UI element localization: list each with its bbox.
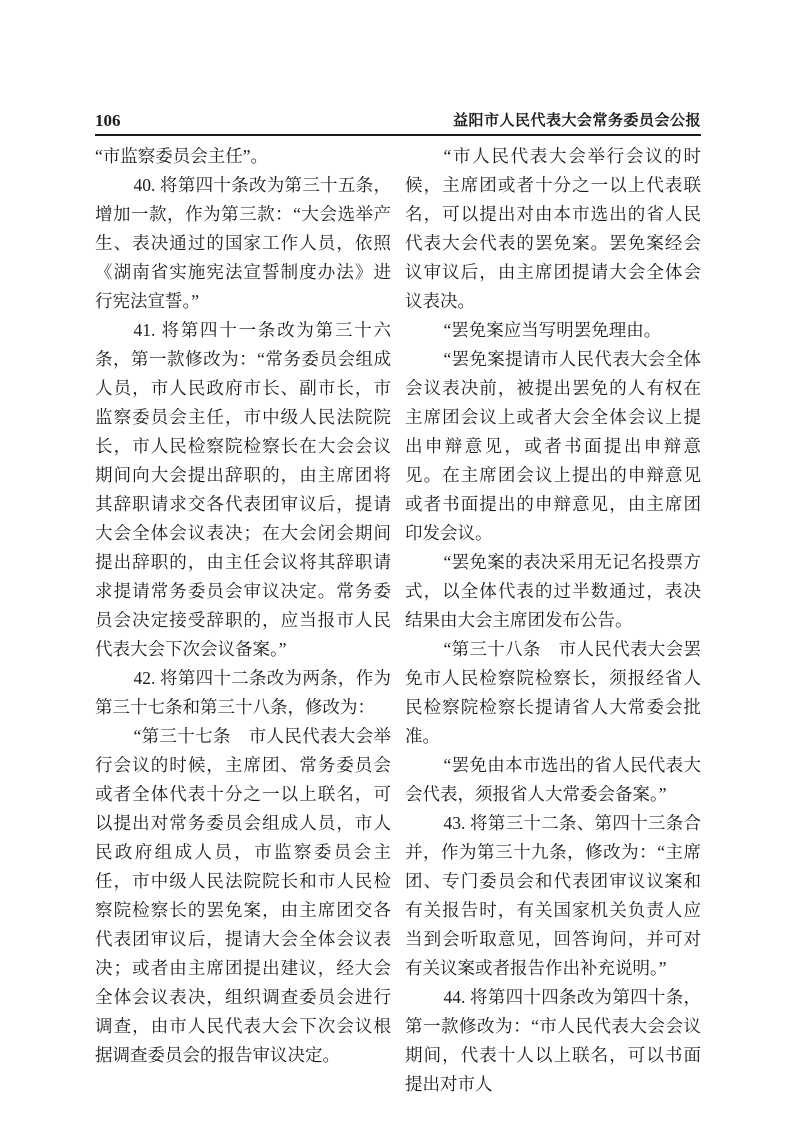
paragraph: “第三十七条 市人民代表大会举行会议的时候，主席团、常务委员会或者全体代表十分之… [95,722,391,1070]
paragraph: “市监察委员会主任”。 [95,142,391,171]
paragraph: 40. 将第四十条改为第三十五条，增加一款，作为第三款：“大会选举产生、表决通过… [95,171,391,316]
paragraph: 41. 将第四十一条改为第三十六条，第一款修改为：“常务委员会组成人员，市人民政… [95,316,391,664]
paragraph: “市人民代表大会举行会议的时候，主席团或者十分之一以上代表联名，可以提出对由本市… [405,142,701,316]
paragraph: “第三十八条 市人民代表大会罢免市人民检察院检察长，须报经省人民检察院检察长提请… [405,635,701,751]
page-header: 106 益阳市人民代表大会常务委员会公报 [95,110,701,132]
header-rule [95,134,701,136]
paragraph: 43. 将第三十二条、第四十三条合并，作为第三十九条，修改为：“主席团、专门委员… [405,809,701,983]
paragraph: “罢免案应当写明罢免理由。 [405,316,701,345]
right-column: “市人民代表大会举行会议的时候，主席团或者十分之一以上代表联名，可以提出对由本市… [405,142,701,1099]
paragraph: 42. 将第四十二条改为两条，作为第三十七条和第三十八条，修改为： [95,664,391,722]
paragraph: “罢免由本市选出的省人民代表大会代表，须报省人大常委会备案。” [405,751,701,809]
document-body: “市监察委员会主任”。40. 将第四十条改为第三十五条，增加一款，作为第三款：“… [95,142,701,1099]
document-page: 106 益阳市人民代表大会常务委员会公报 “市监察委员会主任”。40. 将第四十… [0,0,794,1122]
paragraph: 44. 将第四十四条改为第四十条，第一款修改为：“市人民代表大会会议期间，代表十… [405,983,701,1099]
left-column: “市监察委员会主任”。40. 将第四十条改为第三十五条，增加一款，作为第三款：“… [95,142,391,1099]
paragraph: “罢免案的表决采用无记名投票方式，以全体代表的过半数通过，表决结果由大会主席团发… [405,548,701,635]
header-title: 益阳市人民代表大会常务委员会公报 [453,110,701,132]
page-number: 106 [95,110,121,132]
paragraph: “罢免案提请市人民代表大会全体会议表决前，被提出罢免的人有权在主席团会议上或者大… [405,345,701,548]
